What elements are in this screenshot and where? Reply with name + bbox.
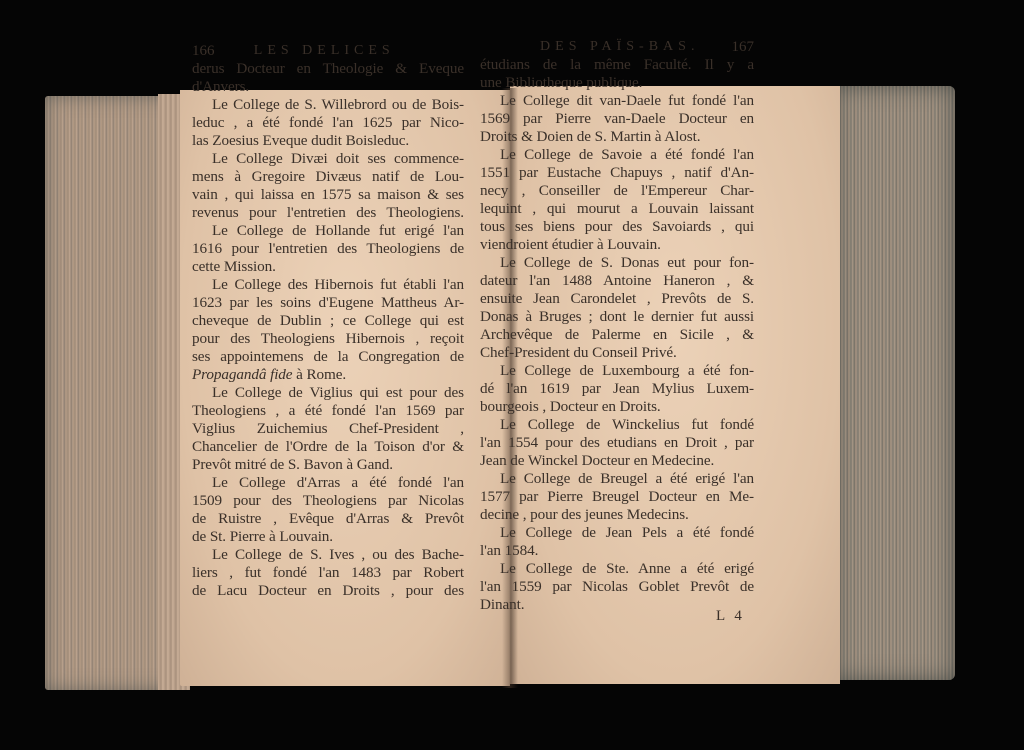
text-line: Jean de Winckel Docteur en Medecine. bbox=[480, 452, 754, 470]
text-line: ses appointemens de la Congregation de bbox=[192, 348, 464, 366]
text-line: revenus pour l'entretien des Theologiens… bbox=[192, 204, 464, 222]
text-line: Le College de Ste. Anne a été erigé bbox=[480, 560, 754, 578]
text-line: 1569 par Pierre van-Daele Docteur en bbox=[480, 110, 754, 128]
text-line: Prevôt mitré de S. Bavon à Gand. bbox=[192, 456, 464, 474]
text-line: ensuite Jean Carondelet , Prevôts de S. bbox=[480, 290, 754, 308]
text-line: 1509 pour des Theologiens par Nicolas bbox=[192, 492, 464, 510]
text-line: Dinant. bbox=[480, 596, 754, 614]
text-line: vain , qui laissa en 1575 sa maison & se… bbox=[192, 186, 464, 204]
text-line: lequint , qui mourut a Louvain laissant bbox=[480, 200, 754, 218]
text-line: une Bibliotheque publique. bbox=[480, 74, 754, 92]
text-line: Droits & Doien de S. Martin à Alost. bbox=[480, 128, 754, 146]
text-line: Le College dit van-Daele fut fondé l'an bbox=[480, 92, 754, 110]
left-running-header: 166 LES DELICES bbox=[192, 42, 464, 60]
right-page-text: DES PAÏS-BAS. 167 étudians de la même Fa… bbox=[480, 38, 754, 614]
text-line: Le College de S. Willebrord ou de Bois- bbox=[192, 96, 464, 114]
text-line: 1577 par Pierre Breugel Docteur en Me- bbox=[480, 488, 754, 506]
text-line: pour des Theologiens Hibernois , reçoit bbox=[192, 330, 464, 348]
text-line: leduc , a été fondé l'an 1625 par Nico- bbox=[192, 114, 464, 132]
page-number: 167 bbox=[732, 38, 755, 56]
text-line: Le College des Hibernois fut établi l'an bbox=[192, 276, 464, 294]
text-line: Le College de Savoie a été fondé l'an bbox=[480, 146, 754, 164]
text-line: las Zoesius Eveque dudit Boisleduc. bbox=[192, 132, 464, 150]
running-head: LES DELICES bbox=[215, 42, 465, 60]
text-line: Le College de Hollande fut erigé l'an bbox=[192, 222, 464, 240]
text-line: viendroient étudier à Louvain. bbox=[480, 236, 754, 254]
text-line: l'an 1584. bbox=[480, 542, 754, 560]
text-line: Le College de S. Ives , ou des Bache- bbox=[192, 546, 464, 564]
text-line: Le College de S. Donas eut pour fon- bbox=[480, 254, 754, 272]
text-line: cheveque de Dublin ; ce College qui est bbox=[192, 312, 464, 330]
text-line: tous ses biens pour des Savoiards , qui bbox=[480, 218, 754, 236]
text-line: cette Mission. bbox=[192, 258, 464, 276]
text-line: étudians de la même Faculté. Il y a bbox=[480, 56, 754, 74]
text-line: Le College de Jean Pels a été fondé bbox=[480, 524, 754, 542]
text-line: necy , Conseiller de l'Empereur Char- bbox=[480, 182, 754, 200]
text-line: l'an 1554 pour des etudians en Droit , p… bbox=[480, 434, 754, 452]
text-line: de Lacu Docteur en Droits , pour des bbox=[192, 582, 464, 600]
text-line: bourgeois , Docteur en Droits. bbox=[480, 398, 754, 416]
text-line: dateur l'an 1488 Antoine Haneron , & bbox=[480, 272, 754, 290]
text-line: 1616 pour l'entretien des Theologiens de bbox=[192, 240, 464, 258]
text-line: Theologiens , a été fondé l'an 1569 par bbox=[192, 402, 464, 420]
text-line: de Ruistre , Evêque d'Arras & Prevôt bbox=[192, 510, 464, 528]
running-head: DES PAÏS-BAS. bbox=[508, 38, 732, 56]
right-page-edges bbox=[835, 86, 955, 680]
text-line: Le College de Luxembourg a été fon- bbox=[480, 362, 754, 380]
text-line: derus Docteur en Theologie & Eveque bbox=[192, 60, 464, 78]
text-line: Le College Divæi doit ses commence- bbox=[192, 150, 464, 168]
signature-mark: L 4 bbox=[716, 608, 745, 625]
text-line: de St. Pierre à Louvain. bbox=[192, 528, 464, 546]
text-line: decine , pour des jeunes Medecins. bbox=[480, 506, 754, 524]
text-line: Chef-President du Conseil Privé. bbox=[480, 344, 754, 362]
text-line: liers , fut fondé l'an 1483 par Robert bbox=[192, 564, 464, 582]
text-line: Le College de Winckelius fut fondé bbox=[480, 416, 754, 434]
page-number: 166 bbox=[192, 42, 215, 60]
text-line: Chancelier de l'Ordre de la Toison d'or … bbox=[192, 438, 464, 456]
right-running-header: DES PAÏS-BAS. 167 bbox=[480, 38, 754, 56]
right-page-body: étudians de la même Faculté. Il y aune B… bbox=[480, 56, 754, 614]
text-line: Propagandâ fide à Rome. bbox=[192, 366, 464, 384]
left-page-body: derus Docteur en Theologie & Evequed'Anv… bbox=[192, 60, 464, 600]
text-line: Le College de Breugel a été erigé l'an bbox=[480, 470, 754, 488]
italic-phrase: Propagandâ fide bbox=[192, 366, 292, 383]
left-page-text: 166 LES DELICES derus Docteur en Theolog… bbox=[192, 42, 464, 600]
text-line: dé l'an 1619 par Jean Mylius Luxem- bbox=[480, 380, 754, 398]
text-line: Viglius Zuichemius Chef-President , bbox=[192, 420, 464, 438]
text-line: Donas à Bruges ; dont le dernier fut aus… bbox=[480, 308, 754, 326]
text-line: mens à Gregoire Divæus natif de Lou- bbox=[192, 168, 464, 186]
text-line: 1551 par Eustache Chapuys , natif d'An- bbox=[480, 164, 754, 182]
text-line: 1623 par les soins d'Eugene Mattheus Ar- bbox=[192, 294, 464, 312]
text-line: l'an 1559 par Nicolas Goblet Prevôt de bbox=[480, 578, 754, 596]
text-line: Le College d'Arras a été fondé l'an bbox=[192, 474, 464, 492]
text-line: Archevêque de Palerme en Sicile , & bbox=[480, 326, 754, 344]
text-line: d'Anvers. bbox=[192, 78, 464, 96]
text-line: Le College de Viglius qui est pour des bbox=[192, 384, 464, 402]
